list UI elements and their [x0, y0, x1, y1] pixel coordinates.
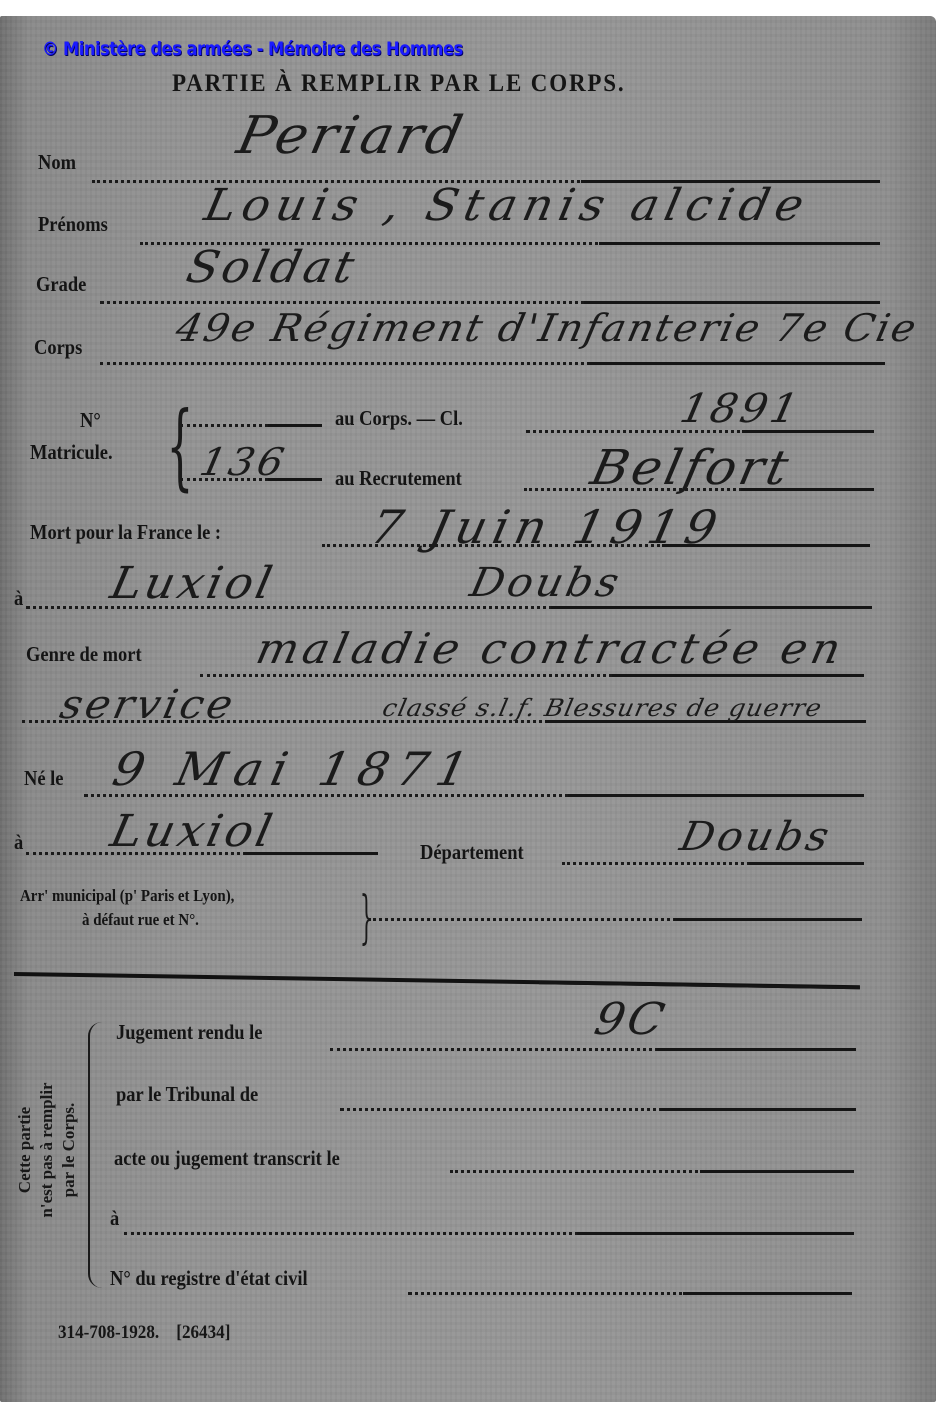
jugement-value: 9C — [590, 994, 672, 1045]
transcrit-label: acte ou jugement transcrit le — [114, 1146, 340, 1171]
side-note-line-2: n'est pas à remplir — [36, 1030, 58, 1270]
jugement-line — [330, 1048, 856, 1051]
grade-line — [100, 301, 880, 304]
genre-mort-line — [200, 674, 864, 677]
genre-mort-label: Genre de mort — [26, 642, 142, 667]
tribunal-line — [340, 1108, 856, 1111]
mort-value: 7 Juin 1919 — [366, 500, 728, 554]
side-note-line-3: par le Corps. — [58, 1030, 80, 1270]
lieu-mort-value: Luxiol — [106, 558, 280, 609]
nom-label: Nom — [38, 150, 76, 175]
prenoms-label: Prénoms — [38, 212, 108, 237]
lieu-transcription-label: à — [110, 1206, 119, 1231]
au-corps-label: au Corps. — Cl. — [335, 406, 463, 431]
grade-value: Soldat — [182, 242, 362, 293]
recrutement-value: Belfort — [586, 440, 796, 496]
recrutement-label: au Recrutement — [335, 466, 462, 491]
jugement-label: Jugement rendu le — [116, 1020, 262, 1045]
transcrit-line — [450, 1170, 854, 1173]
corps-line — [100, 362, 885, 365]
corps-value: 49e Régiment d'Infanterie 7e Cie — [172, 306, 922, 350]
naissance-value: 9 Mai 1871 — [108, 742, 482, 796]
departement-line — [562, 862, 864, 865]
civil-section-brace — [88, 1022, 104, 1288]
au-corps-no-line — [180, 424, 322, 427]
copyright-watermark: © Ministère des armées - Mémoire des Hom… — [42, 38, 463, 60]
matricule-label: Matricule. — [30, 440, 113, 465]
corps-label: Corps — [34, 335, 82, 360]
mort-label: Mort pour la France le : — [30, 520, 221, 545]
lieu-naissance-label: à — [14, 830, 23, 855]
naissance-label: Né le — [24, 766, 64, 791]
lieu-naissance-value: Luxiol — [106, 806, 280, 857]
genre-mort-annotation: classé s.l.f. Blessures de guerre — [380, 694, 825, 722]
grade-label: Grade — [36, 272, 86, 297]
print-number: [26434] — [176, 1322, 230, 1343]
recrutement-no-value: 136 — [196, 440, 291, 484]
lieu-mort-dept: Doubs — [466, 560, 626, 606]
prenoms-value: Louis , Stanis alcide — [200, 180, 815, 231]
classe-value: 1891 — [676, 386, 805, 432]
genre-mort-value-2: service — [56, 682, 240, 728]
nom-value: Periard — [232, 106, 471, 166]
departement-label: Département — [420, 840, 524, 865]
lieu-mort-label: à — [14, 586, 23, 611]
departement-value: Doubs — [676, 814, 836, 860]
arr-municipal-label-2: à défaut rue et N°. — [82, 910, 199, 930]
print-ref: 314-708-1928. — [58, 1322, 159, 1343]
print-reference: 314-708-1928. [26434] — [58, 1322, 230, 1344]
registre-label: N° du registre d'état civil — [110, 1266, 308, 1291]
arr-municipal-label: Arr' municipal (p' Paris et Lyon), — [20, 886, 234, 906]
genre-mort-value: maladie contractée en — [252, 624, 849, 673]
registre-line — [408, 1292, 852, 1295]
tribunal-label: par le Tribunal de — [116, 1082, 258, 1107]
arr-municipal-line — [368, 918, 862, 921]
lieu-transcription-line — [124, 1232, 854, 1235]
matricule-brace: { — [166, 392, 193, 501]
civil-side-note: Cette partie n'est pas à remplir par le … — [14, 1030, 80, 1270]
side-note-line-1: Cette partie — [14, 1030, 36, 1270]
form-title: PARTIE À REMPLIR PAR LE CORPS. — [172, 70, 626, 98]
no-label: N° — [80, 408, 101, 433]
